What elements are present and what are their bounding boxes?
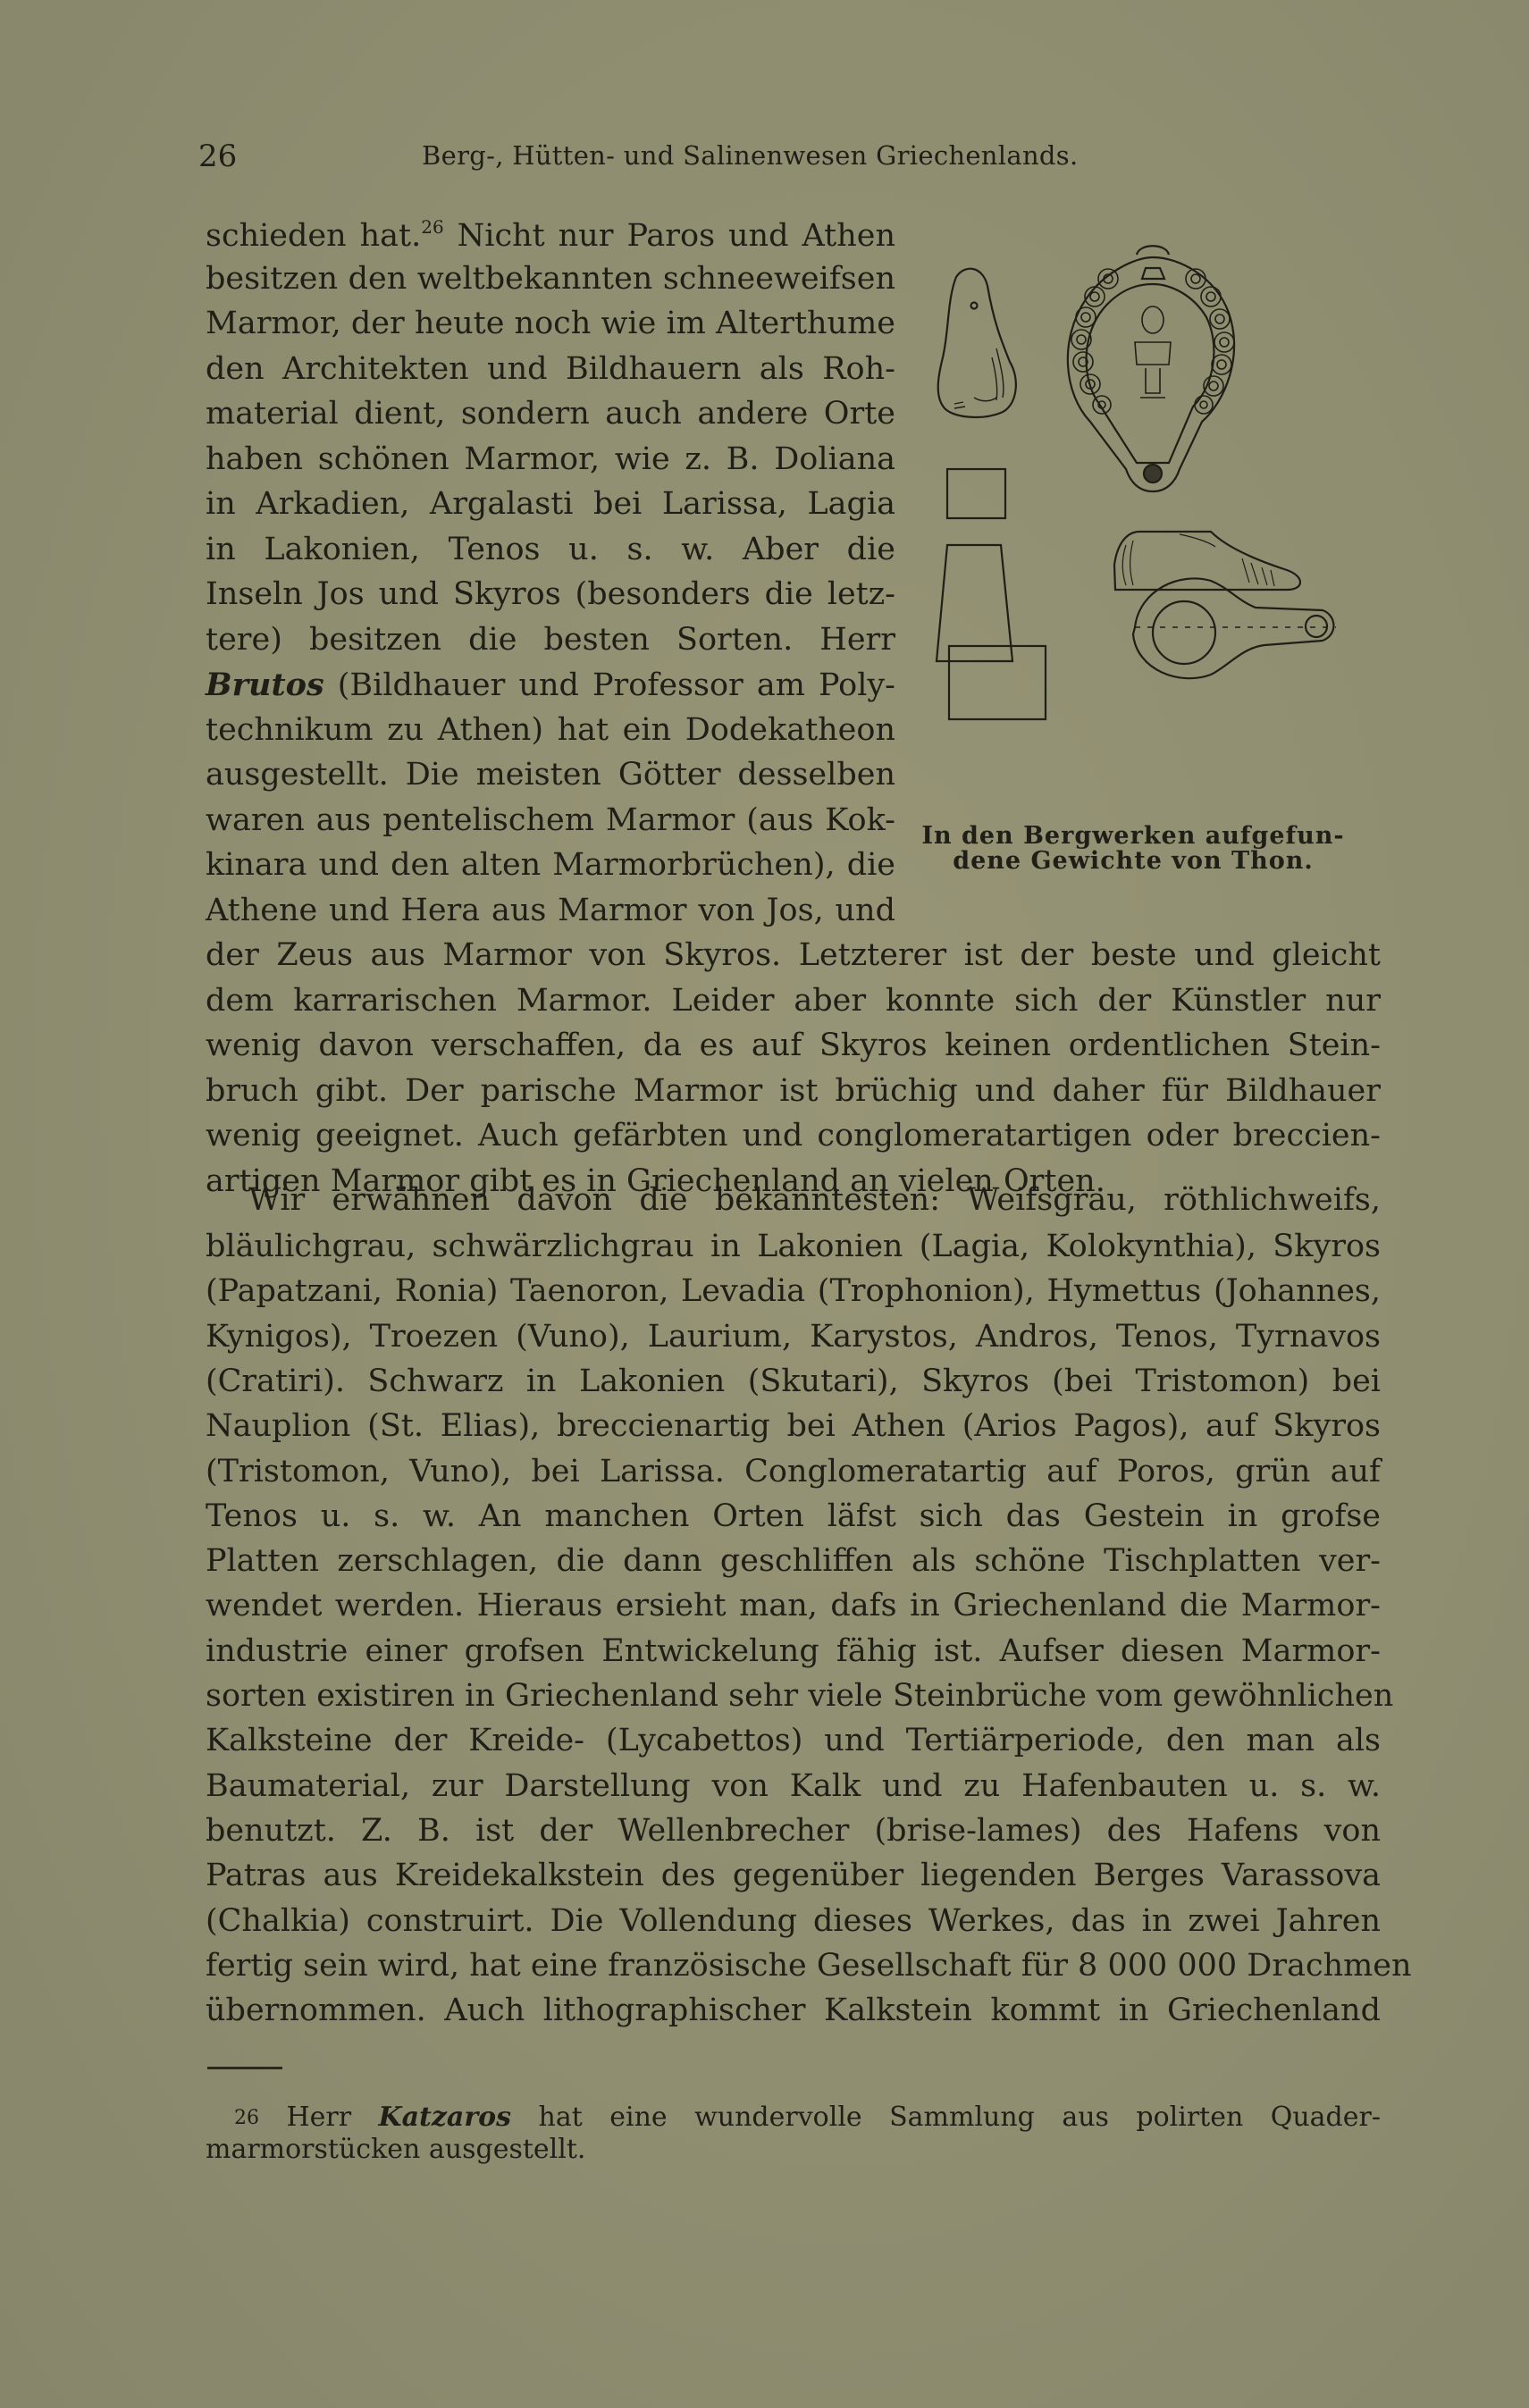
text-line: wendet werden. Hieraus ersieht man, dafs… — [206, 1590, 1381, 1622]
text-line: der Zeus aus Marmor von Skyros. Letztere… — [206, 940, 1381, 971]
text-line: (Papatzani, Ronia) Taenoron, Levadia (Tr… — [206, 1276, 1381, 1307]
text-line: Kalksteine der Kreide- (Lycabettos) und … — [206, 1725, 1381, 1757]
text-line: (Cratiri). Schwarz in Lakonien (Skutari)… — [206, 1366, 1381, 1397]
square-weight-icon — [947, 469, 1005, 518]
text-line: schieden hat.26 Nicht nur Paros und Athe… — [206, 218, 895, 252]
text-line: wenig geeignet. Auch gefärbten und congl… — [206, 1120, 1381, 1152]
trapezoid-weight-icon — [937, 545, 1012, 661]
text-line: in Lakonien, Tenos u. s. w. Aber die — [206, 534, 895, 566]
paragraph-2-first-line: Wir erwähnen davon die bekanntesten: Wei… — [248, 1185, 1381, 1216]
text-line: ausgestellt. Die meisten Götter desselbe… — [206, 759, 895, 791]
oil-lamp-icon — [1068, 246, 1234, 491]
text-line: übernommen. Auch lithographischer Kalkst… — [206, 1995, 1381, 2026]
pendant-weight-icon — [938, 269, 1016, 417]
footnote-number: 26 — [234, 2107, 259, 2129]
text-line: in Arkadien, Argalasti bei Larissa, Lagi… — [206, 489, 895, 520]
text-line: haben schönen Marmor, wie z. B. Doliana — [206, 444, 895, 475]
text-line: fertig sein wird, hat eine französische … — [206, 1951, 1381, 1982]
text-line: (Chalkia) construirt. Die Vollendung die… — [206, 1906, 1381, 1937]
text-line: waren aus pentelischem Marmor (aus Kok- — [206, 805, 895, 836]
text-line: Tenos u. s. w. An manchen Orten läfst si… — [206, 1501, 1381, 1532]
figure-caption-line-2: dene Gewichte von Thon. — [910, 849, 1357, 874]
figure-drawings — [912, 214, 1358, 786]
book-page: 26 Berg-, Hütten- und Salinenwesen Griec… — [0, 0, 1529, 2408]
footnote-26-line-2: marmorstücken ausgestellt. — [206, 2134, 1381, 2165]
figure-clay-weights — [912, 214, 1358, 786]
page-number: 26 — [198, 138, 237, 174]
italic-name: Brutos — [206, 667, 324, 703]
rect-weight-icon — [949, 646, 1046, 719]
disc-loop-weight-icon — [1133, 578, 1336, 678]
text-line: dem karrarischen Marmor. Leider aber kon… — [206, 986, 1381, 1017]
footnote-ref[interactable]: 26 — [421, 216, 443, 238]
figure-caption-line-1: In den Bergwerken aufgefun- — [910, 824, 1357, 849]
footnote-26-line-1: 26 Herr Katzaros hat eine wundervolle Sa… — [234, 2102, 1381, 2133]
text-line: bruch gibt. Der parische Marmor ist brüc… — [206, 1076, 1381, 1107]
text-line: den Architekten und Bildhauern als Roh- — [206, 354, 895, 385]
running-head: Berg-, Hütten- und Salinenwesen Griechen… — [422, 140, 1078, 171]
figure-caption: In den Bergwerken aufgefun- dene Gewicht… — [910, 824, 1357, 874]
text-line: material dient, sondern auch andere Orte — [206, 399, 895, 430]
text-line: technikum zu Athen) hat ein Dodekatheon — [206, 715, 895, 746]
footnote-separator — [207, 2067, 282, 2069]
text-line: Athene und Hera aus Marmor von Jos, und — [206, 895, 895, 927]
text-line: (Tristomon, Vuno), bei Larissa. Conglome… — [206, 1456, 1381, 1488]
text-line: Baumaterial, zur Darstellung von Kalk un… — [206, 1771, 1381, 1802]
text-line: Marmor, der heute noch wie im Alterthume — [206, 308, 895, 340]
text-line: Patras aus Kreidekalkstein des gegenüber… — [206, 1860, 1381, 1892]
text-line: Kynigos), Troezen (Vuno), Laurium, Karys… — [206, 1321, 1381, 1353]
footnote-name-italic: Katzaros — [379, 2102, 512, 2133]
text-line: sorten existiren in Griechenland sehr vi… — [206, 1681, 1381, 1712]
text-line: besitzen den weltbekannten schneeweifsen — [206, 264, 895, 295]
text-line: tere) besitzen die besten Sorten. Herr — [206, 625, 895, 656]
text-line: benutzt. Z. B. ist der Wellenbrecher (br… — [206, 1816, 1381, 1847]
text-line: wenig davon verschaffen, da es auf Skyro… — [206, 1030, 1381, 1061]
text-line: industrie einer grofsen Entwickelung fäh… — [206, 1636, 1381, 1667]
text-line: Brutos (Bildhauer und Professor am Poly- — [206, 669, 895, 701]
text-line: Nauplion (St. Elias), breccienartig bei … — [206, 1411, 1381, 1442]
page-header: 26 Berg-, Hütten- und Salinenwesen Griec… — [198, 138, 1387, 183]
text-line: kinara und den alten Marmorbrüchen), die — [206, 850, 895, 881]
text-line: bläulichgrau, schwärzlichgrau in Lakonie… — [206, 1231, 1381, 1263]
wedge-weight-icon — [1114, 532, 1300, 590]
text-line: Platten zerschlagen, die dann geschliffe… — [206, 1546, 1381, 1577]
text-line: Inseln Jos und Skyros (besonders die let… — [206, 579, 895, 610]
